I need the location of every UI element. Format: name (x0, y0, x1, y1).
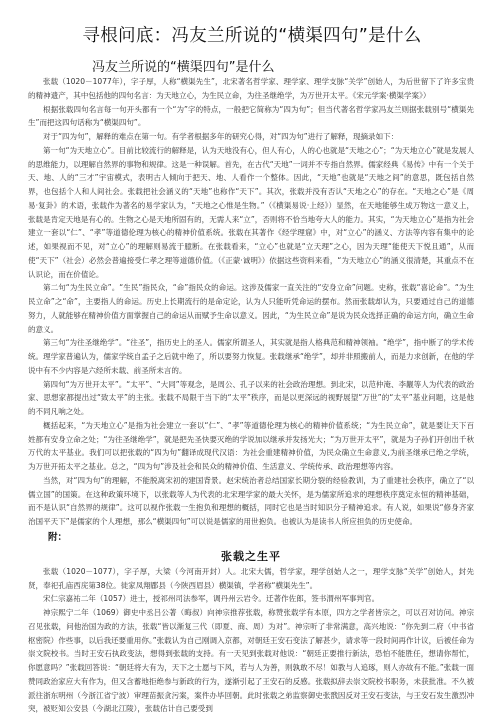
bio-paragraph: 宋仁宗嘉祐二年（1057）进士，授祁州司法参军，调丹州云岩令。迁著作佐郎，签书渭… (28, 592, 474, 606)
article-subtitle: 冯友兰所说的“横渠四句”是什么 (92, 56, 274, 75)
bio-section-title: 张载之生平 (28, 550, 474, 564)
bio-paragraph: 张载（1020－1077），字子厚，大梁（今河南开封）人。北宋大儒，哲学家，理学… (28, 565, 474, 593)
paragraph: 张载（1020－1077年），字子厚，人称“横渠先生”，北宋著名哲学家、理学家、… (28, 75, 474, 103)
paragraph: 第三句“为往圣继绝学”。“往圣”，指历史上的圣人。儒家所谓圣人，其实就是指人格典… (28, 336, 474, 377)
document-page: 寻根问底：冯友兰所说的“横渠四句”是什么 冯友兰所说的“横渠四句”是什么 张载（… (0, 0, 504, 713)
paragraph: 第一句“为天地立心”。目前比较流行的解释是，认为天地没有心，但人有心，人的心也就… (28, 144, 474, 282)
document-title: 寻根问底：冯友兰所说的“横渠四句”是什么 (0, 22, 504, 47)
paragraph: 第二句“为生民立命”。“生民”指民众，“命”指民众的命运。这涉及儒家一直关注的“… (28, 281, 474, 336)
paragraph: 概括起来，“为天地立心”是指为社会建立一套以“仁”、“孝”等道德伦理为核心的精神… (28, 419, 474, 474)
paragraph: 对于“四为句”，解释的难点在第一句。有学者根据多年的研究心得，对“四为句”进行了… (28, 130, 474, 144)
annex-label: 附： (28, 531, 474, 545)
paragraph: 当然，对“四为句”的理解，不能脱离宋初的建国背景。赵宋统治者总结国家长期分裂的经… (28, 474, 474, 529)
paragraph: 根据张载四句名言每一句开头都有一个“为”字的特点，一般把它简称为“四为句”；但当… (28, 103, 474, 131)
bio-paragraph: 神宗熙宁二年（1069）御史中丞吕公著（晦叔）向神宗推荐张载，称赞张载学有本原，… (28, 606, 474, 713)
paragraph: 第四句“为万世开太平”。“太平”、“大同”等观念，是周公、孔子以来的社会政治理想… (28, 378, 474, 419)
article-body: 张载（1020－1077年），字子厚，人称“横渠先生”，北宋著名哲学家、理学家、… (28, 75, 474, 713)
